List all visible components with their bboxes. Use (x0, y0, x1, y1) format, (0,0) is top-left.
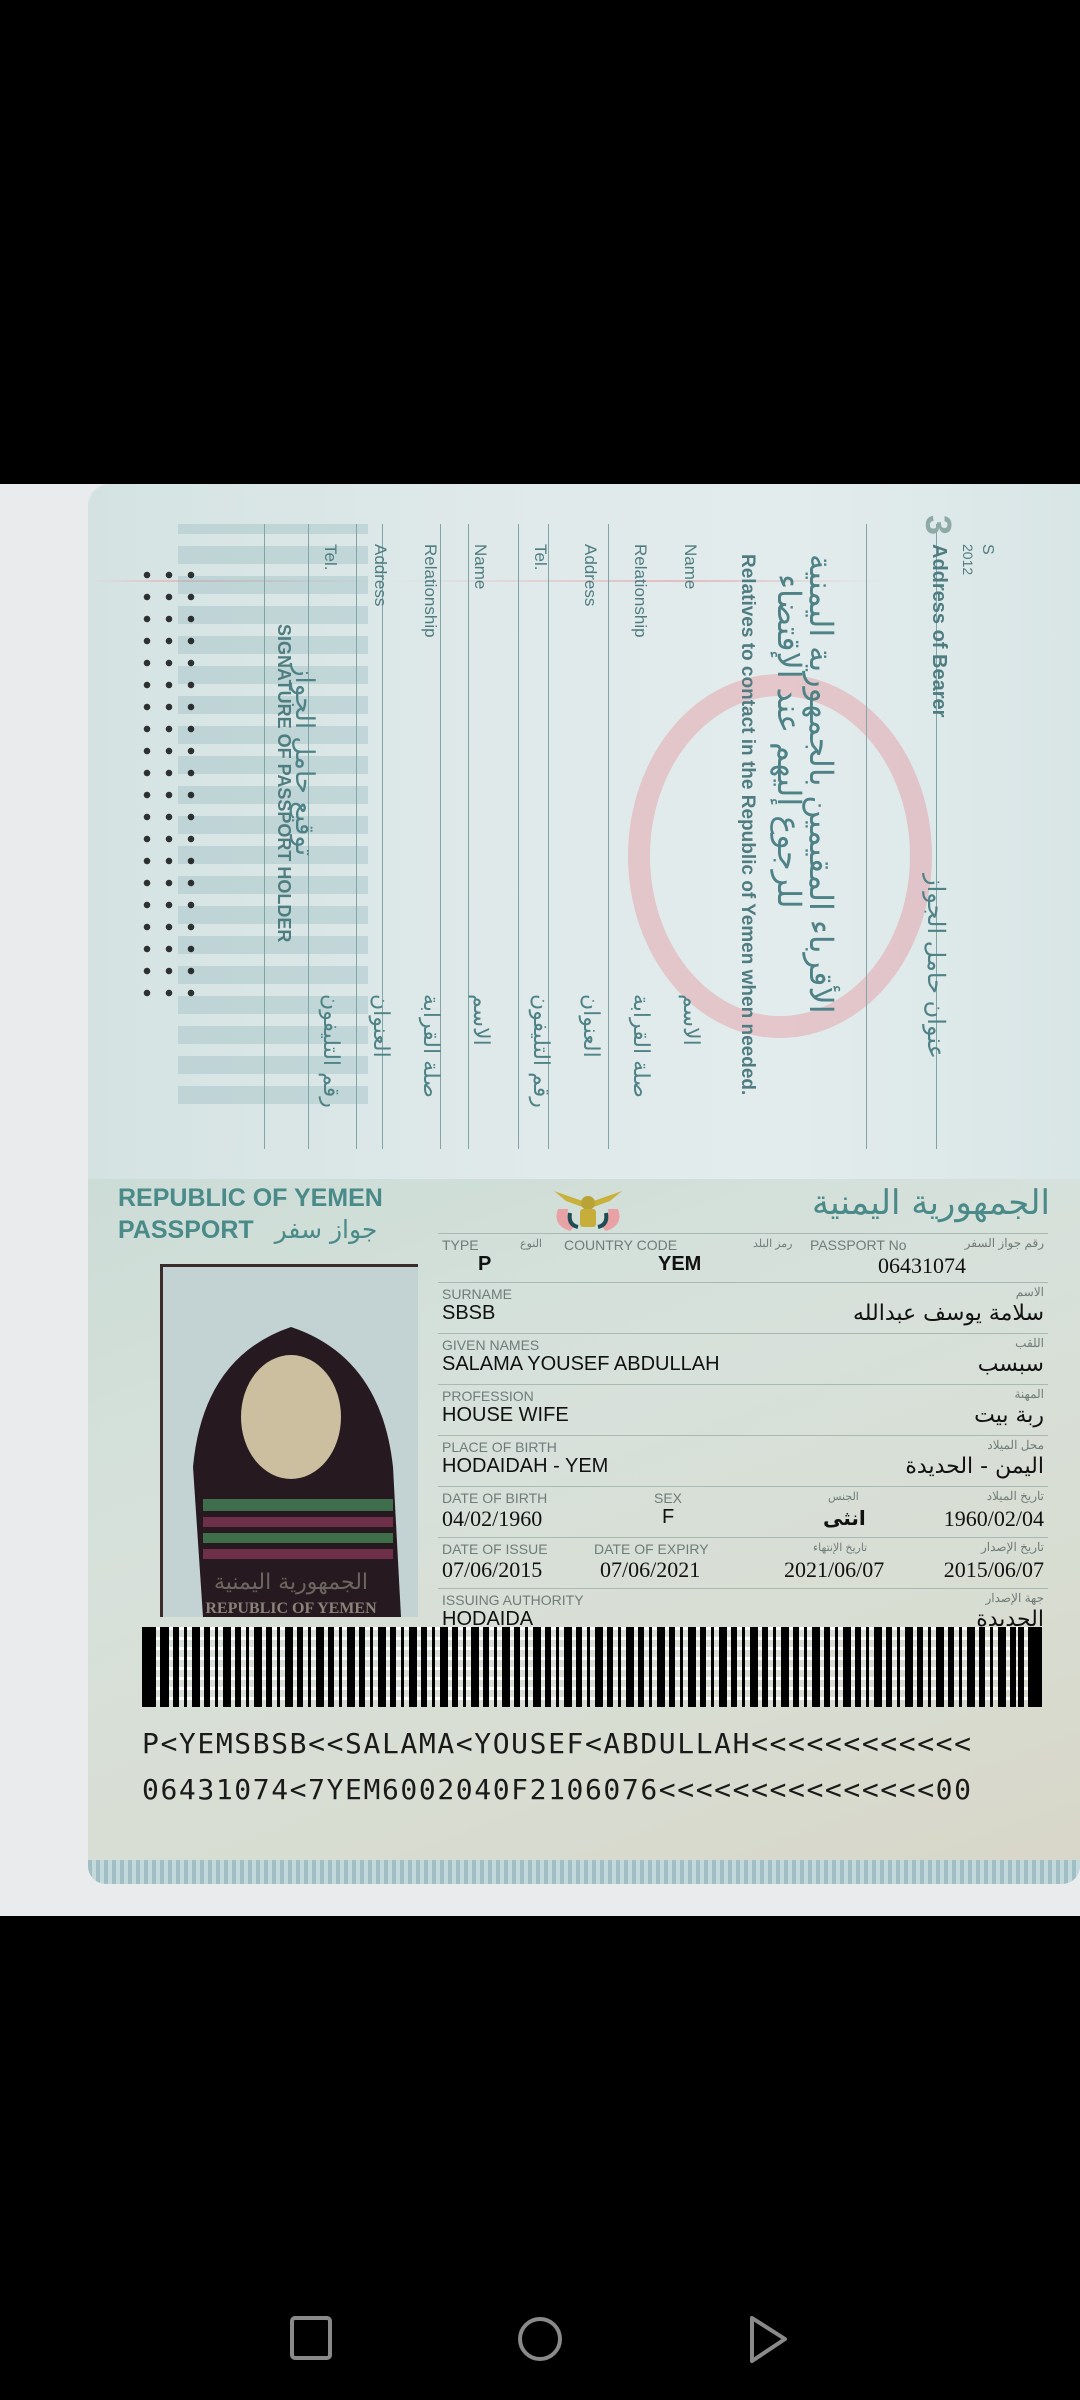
passport-no-label: PASSPORT No (810, 1237, 906, 1253)
country-code-label-ar: رمز البلد (753, 1237, 792, 1250)
date-of-birth-label-ar: تاريخ الميلاد (987, 1489, 1044, 1503)
coat-of-arms-icon (548, 1179, 628, 1235)
back-triangle-icon (747, 2315, 791, 2365)
surname-label-ar: الاسم (1016, 1285, 1044, 1299)
mrz-line-2: 06431074<7YEM6002040F2106076<<<<<<<<<<<<… (142, 1773, 973, 1806)
given-names-value-ar: سبسب (978, 1352, 1044, 1377)
contact-2-address-label: Address (370, 544, 390, 606)
contact-2-tel-label-ar: رقم التليفون (318, 994, 344, 1108)
date-of-birth-label: DATE OF BIRTH (442, 1490, 547, 1506)
date-of-birth-value-ar: 1960/02/04 (944, 1506, 1044, 1532)
header-republic: REPUBLIC OF YEMEN (118, 1183, 383, 1214)
address-of-bearer-label-ar: عنوان حامل الجواز (921, 874, 950, 1059)
profession-value-ar: ربة بيت (974, 1403, 1044, 1428)
surname-label: SURNAME (442, 1286, 512, 1302)
header-passport-ar: جواز سفر (275, 1215, 378, 1244)
contact-1-name-label: Name (680, 544, 700, 589)
profession-label: PROFESSION (442, 1388, 534, 1404)
given-names-value: SALAMA YOUSEF ABDULLAH (442, 1353, 720, 1376)
date-of-issue-value: 07/06/2015 (442, 1557, 542, 1583)
type-value: P (478, 1253, 491, 1276)
mrz-line-1: P<YEMSBSB<<SALAMA<YOUSEF<ABDULLAH<<<<<<<… (142, 1727, 973, 1760)
country-code-value: YEM (658, 1253, 701, 1276)
contact-2-relationship-label: Relationship (420, 544, 440, 638)
signature-label-ar: توقيع حامل الجواز (289, 664, 320, 856)
photo-overlay-en: REPUBLIC OF YEMEN (205, 1600, 377, 1617)
contact-1-relationship-label-ar: صلة القرابة (628, 994, 654, 1098)
passport-scan: 3 S 2012 Address of Bearer عنوان حامل ال… (88, 484, 1080, 1884)
place-of-birth-label: PLACE OF BIRTH (442, 1439, 557, 1455)
header-ar: الجمهورية اليمنية (812, 1183, 1050, 1223)
observations-page: 3 S 2012 Address of Bearer عنوان حامل ال… (88, 484, 1080, 1179)
pdf417-barcode (142, 1627, 1042, 1707)
address-of-bearer-label: Address of Bearer (927, 544, 950, 717)
sex-label: SEX (654, 1490, 682, 1506)
home-circle-icon (515, 2315, 565, 2365)
passport-fields: TYPE النوع P COUNTRY CODE رمز البلد YEM … (438, 1233, 1048, 1633)
profession-label-ar: المهنة (1014, 1387, 1044, 1401)
sex-label-ar: الجنس (828, 1490, 859, 1503)
surname-value: SBSB (442, 1302, 495, 1325)
surname-value-ar: سلامة يوسف عبدالله (853, 1301, 1044, 1326)
home-button[interactable] (515, 2315, 565, 2370)
page-code-bottom: 2012 (960, 544, 976, 575)
back-button[interactable] (747, 2315, 791, 2370)
relatives-title: Relatives to contact in the Republic of … (736, 554, 758, 1095)
issuing-authority-label-ar: جهة الإصدار (985, 1591, 1044, 1605)
given-names-label-ar: اللقب (1015, 1336, 1044, 1350)
recents-button[interactable] (289, 2315, 333, 2366)
country-code-label: COUNTRY CODE (564, 1237, 677, 1253)
place-of-birth-label-ar: محل الميلاد (987, 1438, 1044, 1452)
photo-overlay-ar: الجمهورية اليمنية (214, 1570, 368, 1595)
date-of-expiry-value: 07/06/2021 (600, 1557, 700, 1583)
date-of-issue-label-ar: تاريخ الإصدار (981, 1540, 1044, 1554)
header-passport: PASSPORT (118, 1216, 254, 1244)
contact-1-address-label-ar: العنوان (578, 994, 604, 1058)
contact-1-name-label-ar: الاسم (678, 994, 704, 1046)
contact-1-relationship-label: Relationship (630, 544, 650, 638)
place-of-birth-value: HODAIDAH - YEM (442, 1455, 608, 1478)
passport-no-label-ar: رقم جواز السفر (965, 1236, 1044, 1250)
contact-1-address-label: Address (580, 544, 600, 606)
recents-square-icon (289, 2315, 333, 2361)
place-of-birth-value-ar: اليمن - الحديدة (905, 1454, 1044, 1479)
date-of-expiry-label-ar: تاريخ الإنتهاء (813, 1541, 867, 1554)
navigation-bar (0, 2290, 1080, 2400)
type-label: TYPE (442, 1237, 479, 1253)
contact-1-tel-label: Tel. (530, 544, 550, 570)
profession-value: HOUSE WIFE (442, 1404, 569, 1427)
date-of-issue-value-ar: 2015/06/07 (944, 1557, 1044, 1583)
issuing-authority-label: ISSUING AUTHORITY (442, 1592, 584, 1608)
given-names-label: GIVEN NAMES (442, 1337, 539, 1353)
contact-2-name-label-ar: الاسم (468, 994, 494, 1046)
contact-2-tel-label: Tel. (320, 544, 340, 570)
sex-value-ar: انثى (823, 1506, 866, 1530)
date-of-birth-value: 04/02/1960 (442, 1506, 542, 1532)
type-label-ar: النوع (520, 1237, 542, 1250)
date-of-expiry-value-ar: 2021/06/07 (784, 1557, 884, 1583)
perforation-number (136, 564, 206, 1004)
contact-2-name-label: Name (470, 544, 490, 589)
page-number: 3 (917, 515, 959, 535)
page-code-top: S (978, 544, 996, 555)
data-page: REPUBLIC OF YEMEN PASSPORT جواز سفر الجم… (88, 1179, 1080, 1884)
holder-photo: الجمهورية اليمنية REPUBLIC OF YEMEN (160, 1264, 418, 1617)
contact-2-address-label-ar: العنوان (368, 994, 394, 1058)
contact-2-relationship-label-ar: صلة القرابة (418, 994, 444, 1098)
date-of-expiry-label: DATE OF EXPIRY (594, 1541, 709, 1557)
sex-value: F (662, 1506, 674, 1529)
date-of-issue-label: DATE OF ISSUE (442, 1541, 548, 1557)
contact-1-tel-label-ar: رقم التليفون (528, 994, 554, 1108)
passport-no-value: 06431074 (878, 1253, 966, 1279)
relatives-title-ar-2: للرجوع إليهم عند الإقتضاء (770, 574, 808, 909)
header-en: REPUBLIC OF YEMEN PASSPORT جواز سفر (118, 1183, 383, 1246)
